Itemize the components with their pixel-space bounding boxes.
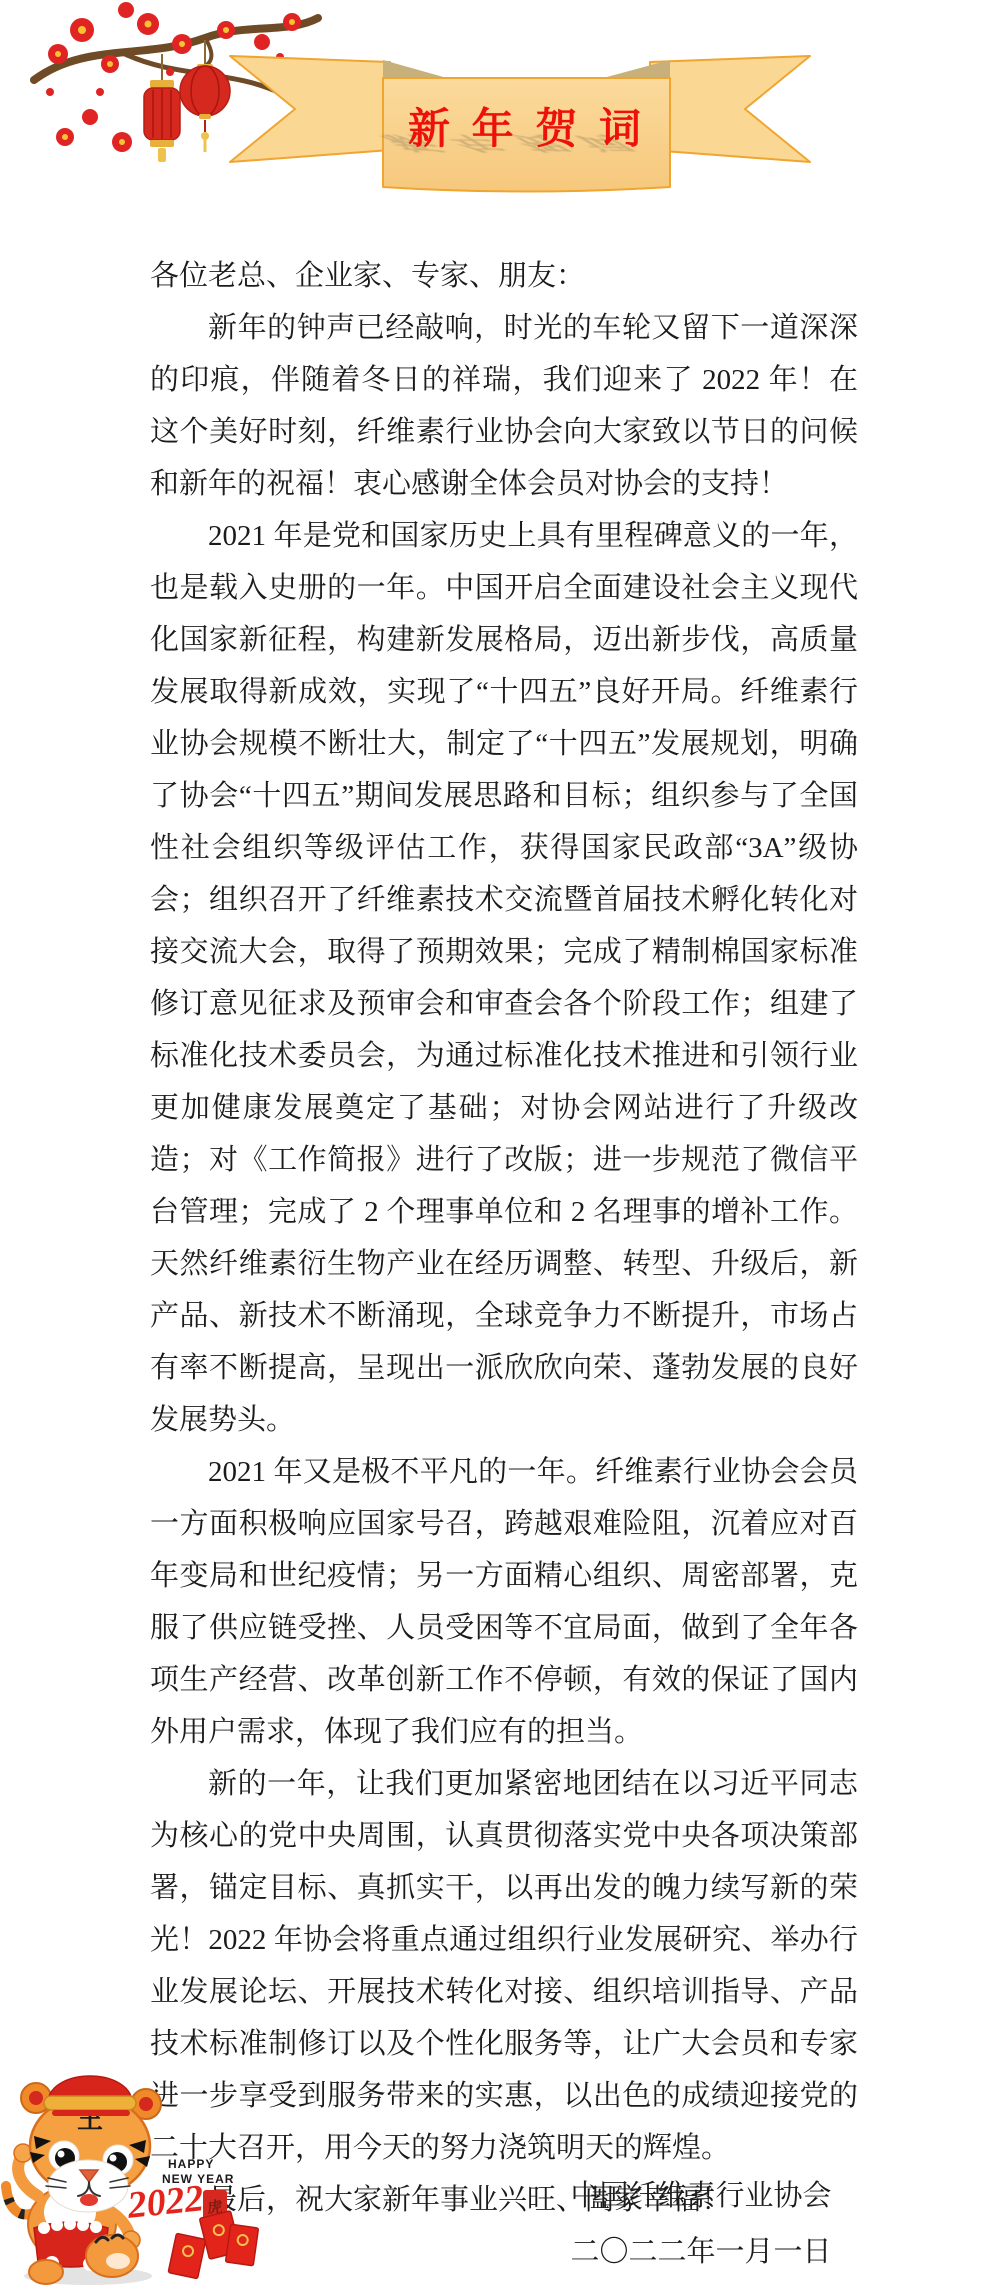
year-2022-text: 2022: [125, 2177, 206, 2227]
letter-body: 各位老总、企业家、专家、朋友： 新年的钟声已经敲响，时光的车轮又留下一道深深的印…: [150, 250, 858, 2226]
tiger-mascot-decoration: 王 HAPPY NEW YEAR 2022 虎: [0, 2056, 300, 2294]
ribbon-right-tail: [650, 56, 810, 162]
tiger-hat: [44, 2076, 136, 2116]
ribbon-left-tail: [230, 56, 390, 162]
paragraph-3: 2021 年又是极不平凡的一年。纤维素行业协会会员一方面积极响应国家号召，跨越艰…: [150, 1446, 858, 1758]
greeting-letter-page: 新 年 贺 词 新 年 贺 词 各位老总、企业家、专家、朋友： 新年的钟声已经敲…: [0, 0, 1000, 2294]
paragraph-1: 新年的钟声已经敲响，时光的车轮又留下一道深深的印痕，伴随着冬日的祥瑞，我们迎来了…: [150, 302, 858, 510]
ribbon-right-fold: [603, 60, 670, 78]
signature-date: 二〇二二年一月一日: [545, 2224, 857, 2280]
happy-text: HAPPY: [168, 2157, 214, 2171]
paragraph-2: 2021 年是党和国家历史上具有里程碑意义的一年，也是载入史册的一年。中国开启全…: [150, 510, 858, 1446]
signature-block: 中国纤维素行业协会 二〇二二年一月一日: [545, 2168, 857, 2280]
banner-title: 新 年 贺 词: [383, 106, 671, 152]
salutation: 各位老总、企业家、专家、朋友：: [150, 250, 858, 302]
ribbon-left-fold: [383, 60, 447, 78]
signature-organization: 中国纤维素行业协会: [545, 2168, 857, 2224]
